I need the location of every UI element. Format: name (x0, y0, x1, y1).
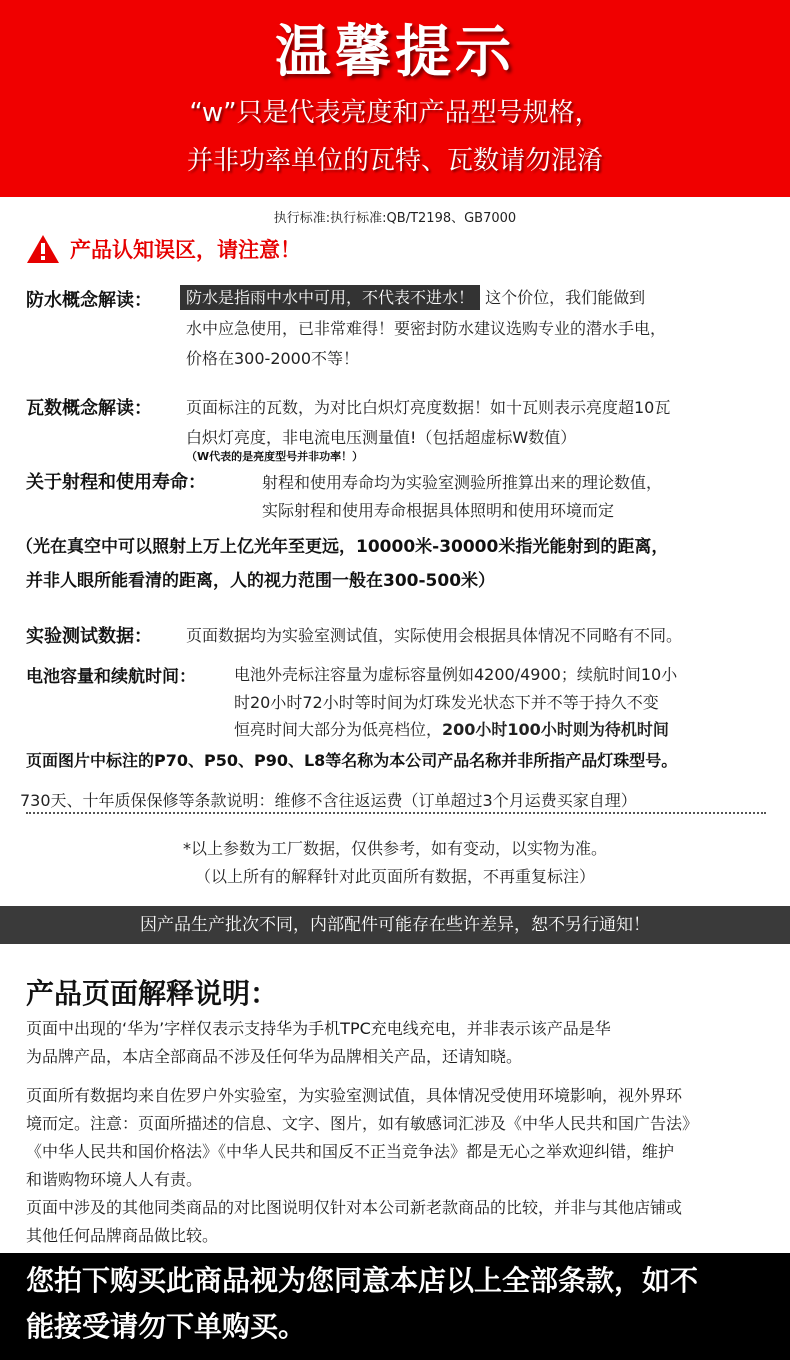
explain-p2-line4: 和谐购物环境人人有责。 (26, 1166, 776, 1194)
battery-line3: 恒亮时间大部分为低亮档位，200小时100小时则为待机时间 (234, 717, 669, 740)
wattage-label: 瓦数概念解读： (26, 394, 152, 420)
explain-p1-line2: 为品牌产品，本店全部商品不涉及任何华为品牌相关产品，还请知晓。 (26, 1043, 776, 1071)
batch-notice-band: 因产品生产批次不同，内部配件可能存在些许差异，恕不另行通知！ (0, 906, 790, 944)
wattage-line1: 页面标注的瓦数，为对比白炽灯亮度数据！如十瓦则表示亮度超10瓦 (186, 395, 670, 418)
wattage-line2: 白炽灯亮度，非电流电压测量值!（包括超虚标W数值） (186, 425, 576, 448)
range-label: 关于射程和使用寿命： (26, 468, 206, 494)
battery-line3-normal: 恒亮时间大部分为低亮档位， (234, 720, 442, 739)
battery-line3-bold: 200小时100小时则为待机时间 (442, 720, 669, 739)
explain-p2-line2: 境而定。注意：页面所描述的信息、文字、图片，如有敏感词汇涉及《中华人民共和国广告… (26, 1110, 776, 1138)
wattage-note: （W代表的是亮度型号并非功率！） (186, 448, 363, 464)
lab-label: 实验测试数据： (26, 622, 152, 648)
waterproof-line2: 水中应急使用，已非常难得！要密封防水建议选购专业的潜水手电， (186, 316, 666, 339)
battery-label: 电池容量和续航时间： (26, 662, 196, 687)
range-line2: 实际射程和使用寿命根据具体照明和使用环境而定 (262, 498, 614, 521)
explain-paragraph-3: 页面中涉及的其他同类商品的对比图说明仅针对本公司新老款商品的比较，并非与其他店铺… (26, 1194, 776, 1250)
model-note: 页面图片中标注的P70、P50、P90、L8等名称为本公司产品名称并非所指产品灯… (26, 748, 677, 771)
range-bold-line1: （光在真空中可以照射上万上亿光年至更远，10000米-30000米指光能射到的距… (16, 532, 668, 557)
warning-text: 产品认知误区，请注意！ (70, 234, 301, 264)
explain-paragraph-1: 页面中出现的‘华为’字样仅表示支持华为手机TPC充电线充电，并非表示该产品是华 … (26, 1015, 776, 1071)
battery-line2: 时20小时72小时等时间为灯珠发光状态下并不等于持久不变 (234, 690, 659, 713)
range-line1: 射程和使用寿命均为实验室测验所推算出来的理论数值， (262, 470, 662, 493)
execution-standard: 执行标准:执行标准:QB/T2198、GB7000 (0, 207, 790, 226)
footnote-line1: *以上参数为工厂数据，仅供参考，如有变动，以实物为准。 (0, 836, 790, 859)
final-terms-line2: 能接受请勿下单购买。 (26, 1304, 776, 1350)
warning-triangle-icon (26, 234, 60, 264)
final-terms-line1: 您拍下购买此商品视为您同意本店以上全部条款，如不 (26, 1258, 776, 1304)
battery-line1: 电池外壳标注容量为虚标容量例如4200/4900；续航时间10小 (234, 662, 677, 685)
waterproof-label: 防水概念解读： (26, 286, 152, 312)
footnote-line2: （以上所有的解释针对此页面所有数据，不再重复标注） (0, 864, 790, 887)
explain-p2-line3: 《中华人民共和国价格法》《中华人民共和国反不正当竞争法》都是无心之举欢迎纠错，维… (26, 1138, 776, 1166)
warning-heading: 产品认知误区，请注意！ (26, 232, 301, 266)
banner-title: 温馨提示 (0, 8, 790, 88)
banner-subtitle-line2: 并非功率单位的瓦特、瓦数请勿混淆 (0, 140, 790, 177)
explain-p3-line2: 其他任何品牌商品做比较。 (26, 1222, 776, 1250)
explain-title: 产品页面解释说明： (26, 972, 278, 1012)
waterproof-line3: 价格在300-2000不等！ (186, 346, 359, 369)
range-bold-line2: 并非人眼所能看清的距离，人的视力范围一般在300-500米） (26, 566, 495, 591)
waterproof-line1-rest: 这个价位，我们能做到 (485, 288, 645, 307)
explain-paragraph-2: 页面所有数据均来自佐罗户外实验室，为实验室测试值，具体情况受使用环境影响，视外界… (26, 1082, 776, 1194)
final-terms-text: 您拍下购买此商品视为您同意本店以上全部条款，如不 能接受请勿下单购买。 (26, 1258, 776, 1350)
explain-p2-line1: 页面所有数据均来自佐罗户外实验室，为实验室测试值，具体情况受使用环境影响，视外界… (26, 1082, 776, 1110)
waterproof-line1: 防水是指雨中水中可用，不代表不进水！ 这个价位，我们能做到 (180, 285, 645, 308)
explain-p1-line1: 页面中出现的‘华为’字样仅表示支持华为手机TPC充电线充电，并非表示该产品是华 (26, 1015, 776, 1043)
explain-p3-line1: 页面中涉及的其他同类商品的对比图说明仅针对本公司新老款商品的比较，并非与其他店铺… (26, 1194, 776, 1222)
lab-text: 页面数据均为实验室测试值，实际使用会根据具体情况不同略有不同。 (186, 623, 682, 646)
banner-subtitle-line1: “w”只是代表亮度和产品型号规格， (0, 92, 790, 129)
dotted-divider (26, 812, 766, 814)
waterproof-highlight: 防水是指雨中水中可用，不代表不进水！ (180, 285, 480, 310)
warranty-note: 730天、十年质保保修等条款说明：维修不含往返运费（订单超过3个月运费买家自理） (20, 788, 637, 811)
